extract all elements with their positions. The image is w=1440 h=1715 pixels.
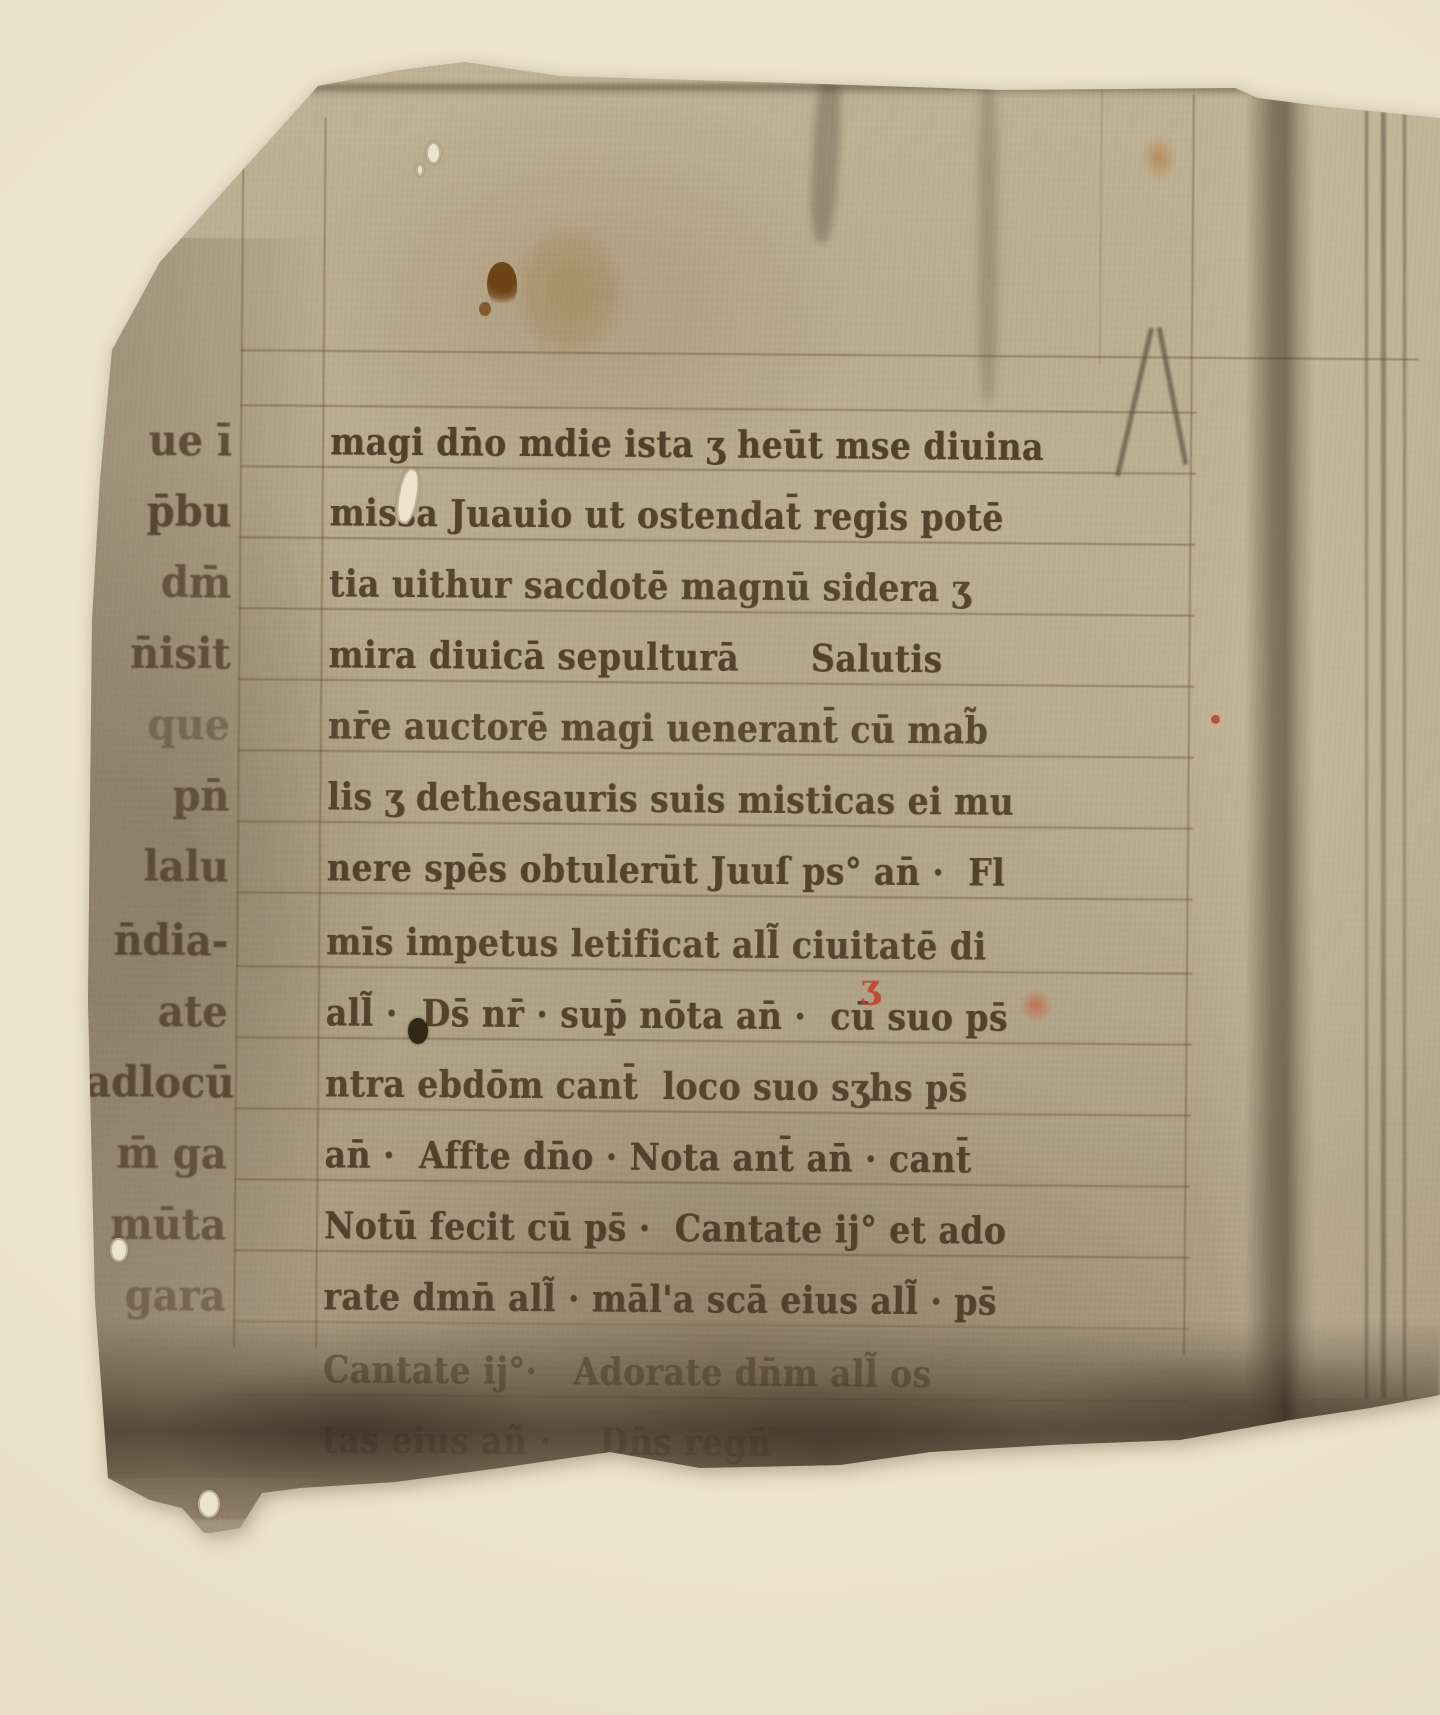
left-column-fragment: mūta: [84, 1203, 226, 1247]
main-text-line: tia uithur sacdotē magnū sidera ʒ: [329, 565, 1149, 608]
left-column-fragment: pn̄: [87, 774, 229, 818]
ruling-line-horizontal: [233, 1320, 1189, 1330]
red-ink-blot: [1014, 983, 1058, 1027]
ruling-line-horizontal: [240, 465, 1196, 475]
ruling-line-horizontal: [239, 536, 1195, 546]
main-text-line: Cantate ij°· Adorate dn̄m all̃ os: [323, 1351, 1143, 1394]
parchment-hole: [198, 1490, 220, 1518]
ruling-line-horizontal: [236, 965, 1192, 975]
manuscript-photo: ʒ magi dn̄o mdie ista ʒ heūt mse diuinam…: [0, 0, 1440, 1715]
ruling-line-horizontal: [239, 607, 1195, 617]
ruling-line-horizontal: [234, 1178, 1190, 1188]
left-column-fragment: gara: [83, 1274, 225, 1318]
left-column-fragment: adlocū: [85, 1061, 227, 1105]
ruling-line-horizontal: [241, 349, 1419, 360]
parchment-hole: [110, 1238, 128, 1262]
ruling-line-horizontal: [237, 820, 1193, 830]
main-text-line: mira diuicā sepulturā Salutis: [328, 636, 1148, 679]
main-text-line: nr̄e auctorē magi uenerant̄ cū mab̃: [328, 707, 1148, 750]
ruling-line-horizontal: [240, 404, 1196, 414]
main-text-line: mīs impetus letificat all̃ ciuitatē di: [326, 923, 1146, 966]
main-text-line: magi dn̄o mdie ista ʒ heūt mse diuina: [330, 423, 1150, 466]
ruling-line-vertical: [233, 157, 244, 1347]
main-text-line: an̄ · Affte dn̄o · Nota ant̄ an̄ · cant̄: [324, 1136, 1144, 1179]
ruling-line-horizontal: [235, 1107, 1191, 1117]
parchment-hole-dark: [408, 1018, 428, 1044]
left-column-fragment: ue ī: [90, 419, 232, 463]
ruling-line-horizontal: [238, 678, 1194, 688]
parchment-fragment: ʒ magi dn̄o mdie ista ʒ heūt mse diuinam…: [78, 58, 1440, 1533]
ruling-line-horizontal: [233, 1393, 1189, 1403]
main-text-line: rate dmn̄ all̃ · māl'a scā eius all̃ · p…: [323, 1278, 1143, 1321]
parchment-shadow-wrap: ʒ magi dn̄o mdie ista ʒ heūt mse diuinam…: [0, 0, 1440, 1715]
left-column-fragment: n̄dia-: [86, 919, 228, 963]
red-ink-dot: [1211, 715, 1220, 724]
ruling-line-vertical: [1183, 95, 1195, 1355]
main-text-line: Notū fecit cū ps̄ · Cantate ij° et ado: [324, 1207, 1144, 1250]
ruling-line-horizontal: [237, 891, 1193, 901]
ruled-text-block: ʒ magi dn̄o mdie ista ʒ heūt mse diuinam…: [70, 56, 1440, 1542]
ruling-line-horizontal: [238, 749, 1194, 759]
main-text-line: tas eius añ · Dn̄s regn̄: [322, 1421, 1142, 1464]
parchment-hole: [416, 164, 424, 176]
left-column-fragment: que: [88, 703, 230, 747]
parchment-hole: [426, 142, 441, 164]
left-column-fragment: n̄isit: [88, 632, 230, 676]
main-text-line: missa Juauio ut ostendat̄ regis potē: [329, 494, 1149, 537]
ruling-line-vertical: [1099, 84, 1103, 364]
left-column-fragment: lalu: [87, 845, 229, 889]
ruling-line-horizontal: [235, 1036, 1191, 1046]
main-text-line: nere spēs obtulerūt Juuſ ps° an̄ · Fl: [327, 849, 1147, 892]
left-column-fragment: ate: [85, 990, 227, 1034]
ruling-line-horizontal: [234, 1249, 1190, 1259]
red-verse-mark: ʒ: [861, 967, 881, 1007]
left-column-fragment: m̄ ga: [84, 1132, 226, 1176]
main-text-line: ntra ebdōm cant̄ loco suo sʒhs ps̄: [325, 1065, 1145, 1108]
left-column-fragment: dm̄: [89, 561, 231, 605]
left-column-fragment: p̄bu: [89, 490, 231, 534]
main-text-line: lis ʒ dethesauris suis misticas ei mu: [327, 778, 1147, 821]
